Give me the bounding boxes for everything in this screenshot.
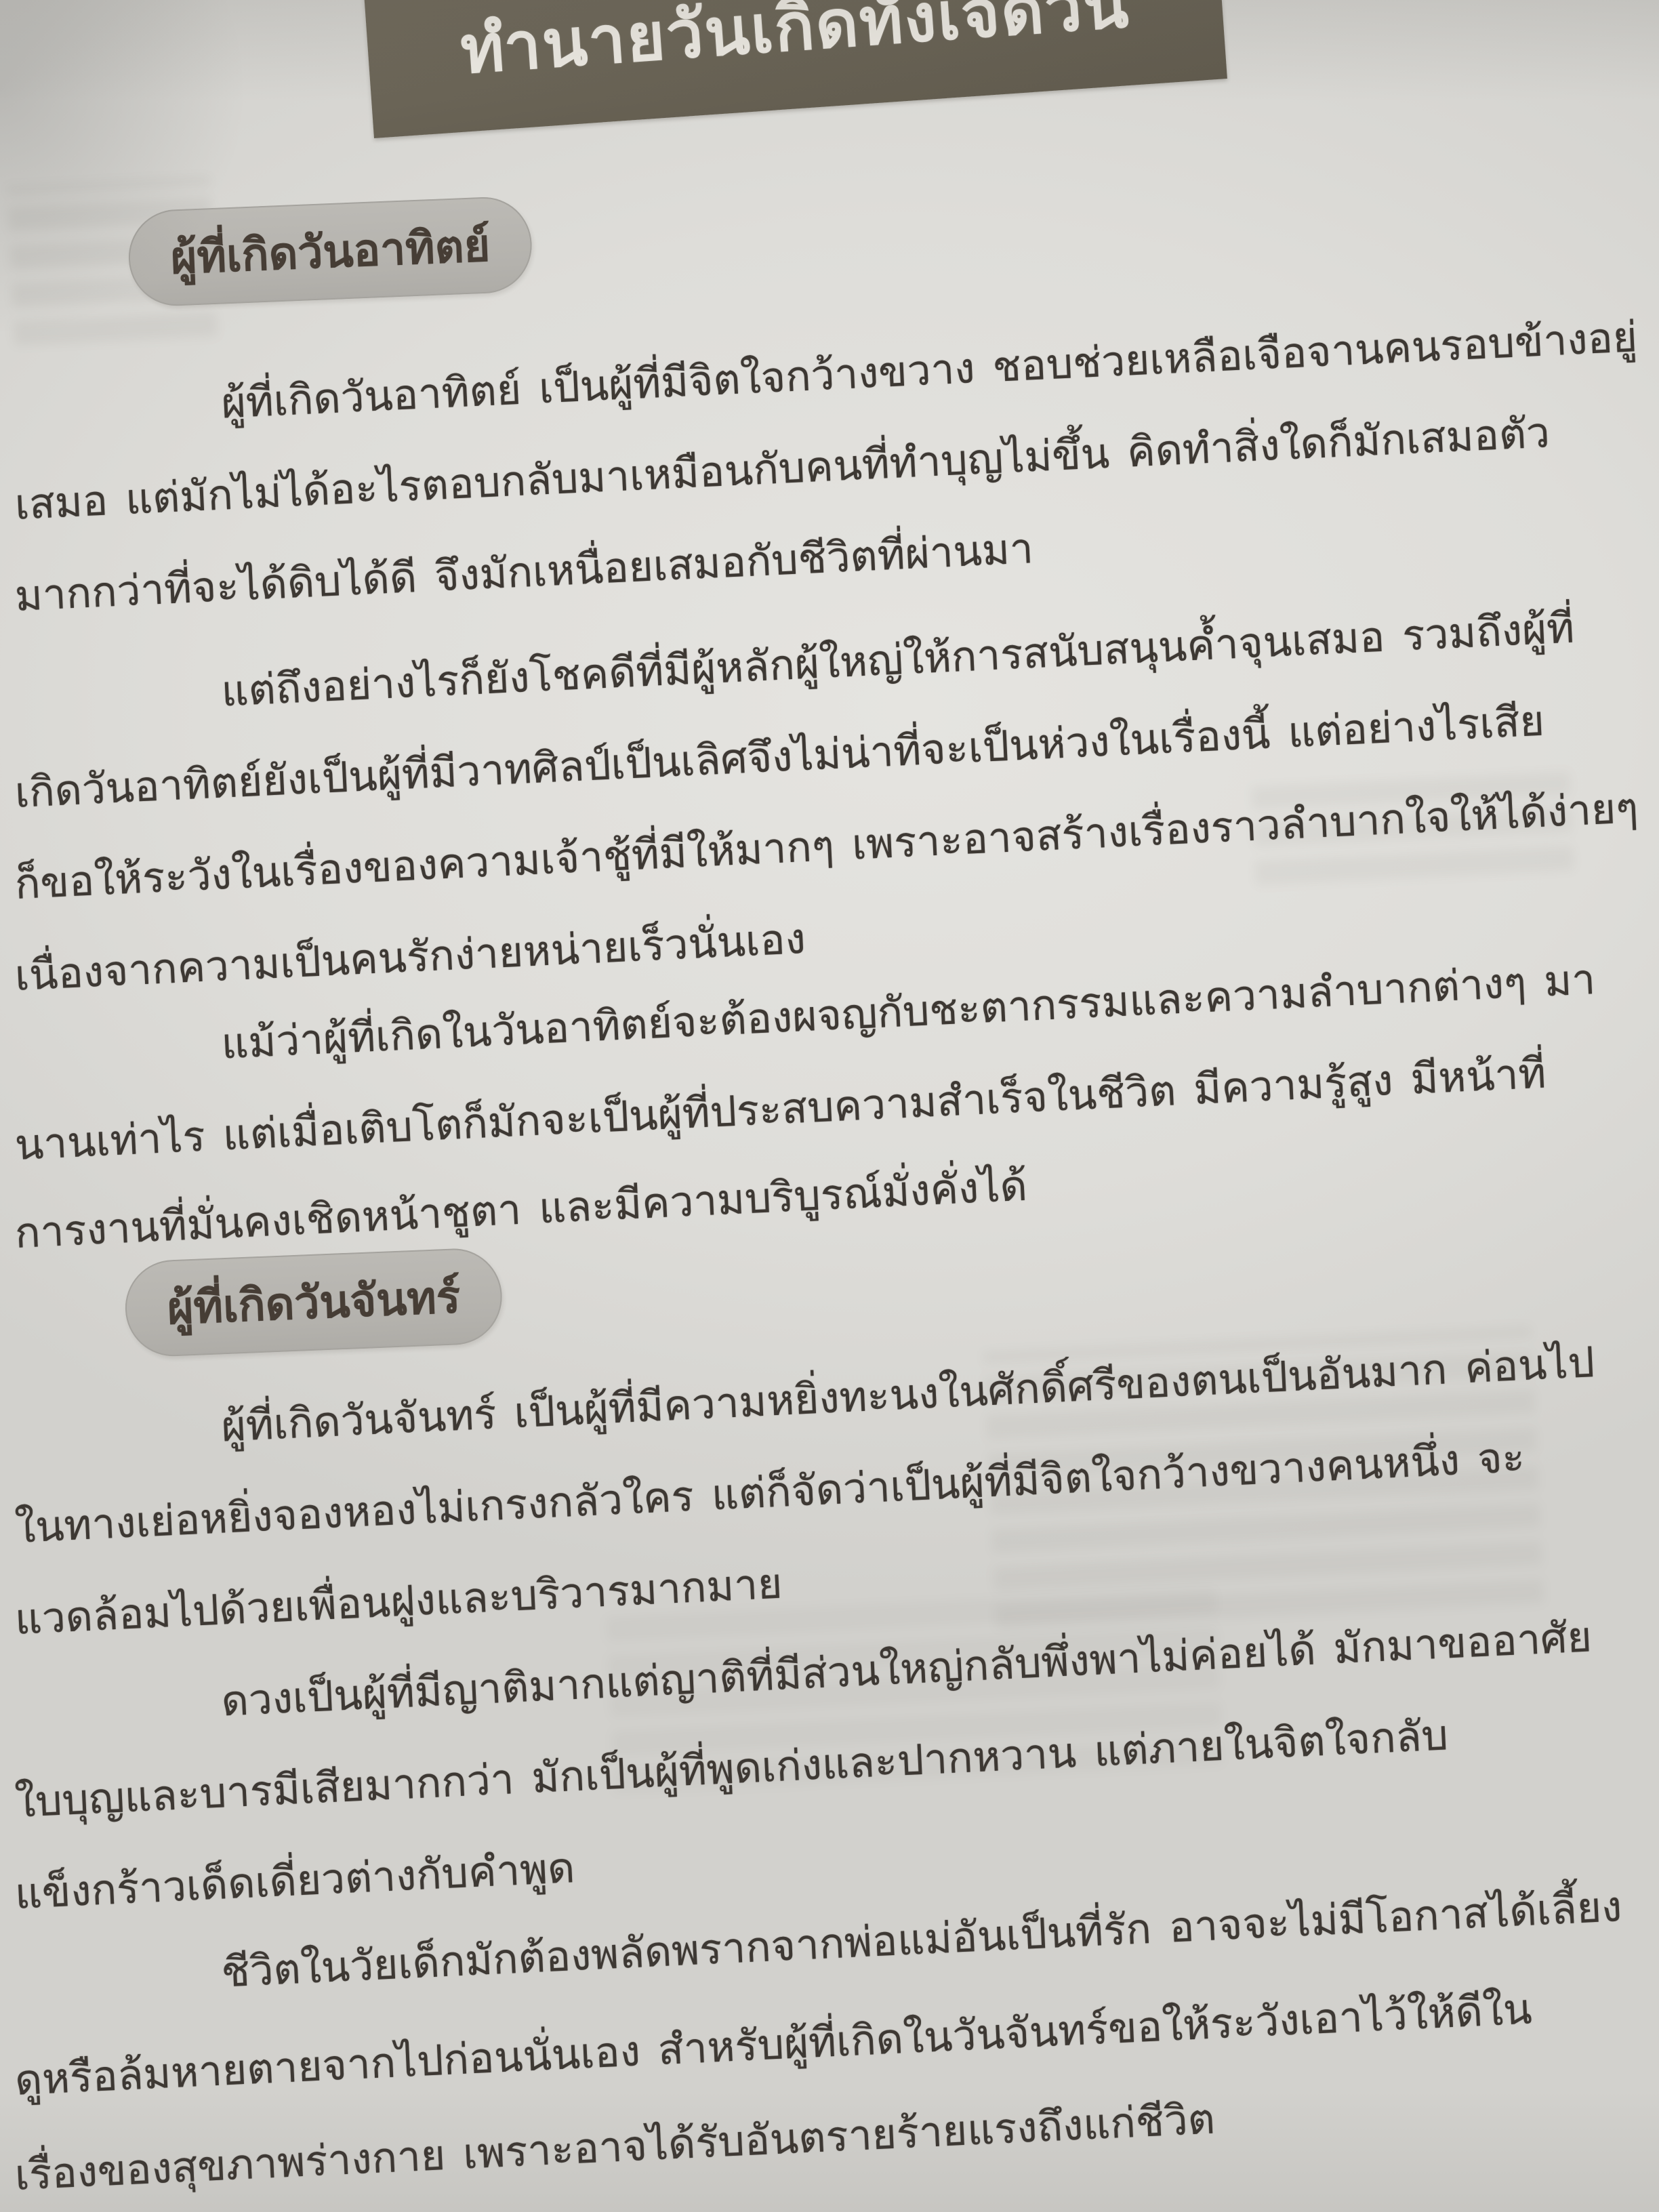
book-page-photo: { "page": { "header": { "title": "ทำนายว…: [0, 0, 1659, 2212]
section-badge-sunday: ผู้ที่เกิดวันอาทิตย์: [127, 195, 534, 308]
section-badge-label: ผู้ที่เกิดวันอาทิตย์: [169, 209, 491, 293]
chapter-banner-title: ทำนายวันเกิดทั้งเจ็ดวัน: [365, 0, 1225, 108]
chapter-banner: ทำนายวันเกิดทั้งเจ็ดวัน: [361, 0, 1227, 138]
section-badge-monday: ผู้ที่เกิดวันจันทร์: [123, 1247, 504, 1358]
section-badge-label: ผู้ที่เกิดวันจันทร์: [166, 1261, 462, 1344]
